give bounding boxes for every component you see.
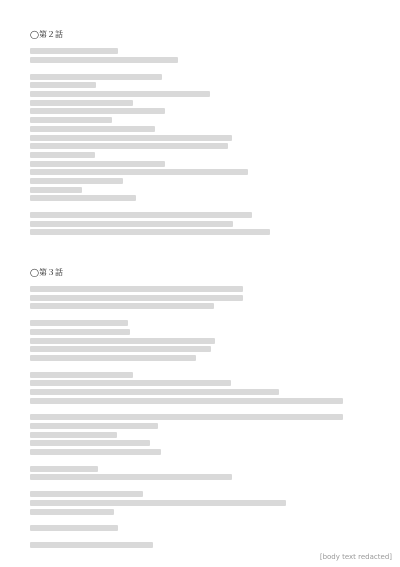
redacted-line — [30, 285, 380, 294]
redacted-line — [30, 211, 380, 220]
redacted-line — [30, 388, 380, 397]
redacted-line — [30, 336, 380, 345]
paragraph — [30, 319, 380, 362]
redacted-line — [30, 370, 380, 379]
redacted-line — [30, 302, 380, 311]
redacted-line — [30, 319, 380, 328]
redacted-line — [30, 354, 380, 363]
redacted-line — [30, 159, 380, 168]
redacted-line — [30, 430, 380, 439]
redacted-line — [30, 490, 380, 499]
section-body — [30, 285, 380, 550]
redacted-line — [30, 422, 380, 431]
redacted-line — [30, 499, 380, 508]
redacted-line — [30, 379, 380, 388]
paragraph — [30, 524, 380, 533]
redacted-line — [30, 219, 380, 228]
paragraph — [30, 47, 380, 64]
redacted-line — [30, 142, 380, 151]
redacted-line — [30, 107, 380, 116]
redacted-line — [30, 81, 380, 90]
section-3: ◯第３話 — [30, 268, 380, 550]
redacted-line — [30, 524, 380, 533]
redacted-line — [30, 168, 380, 177]
redacted-line — [30, 47, 380, 56]
paragraph — [30, 285, 380, 311]
redacted-line — [30, 345, 380, 354]
paragraph — [30, 413, 380, 456]
section-heading: ◯第２話 — [30, 30, 380, 39]
redacted-line — [30, 56, 380, 65]
redacted-line — [30, 448, 380, 457]
paragraph — [30, 464, 380, 481]
redacted-line — [30, 413, 380, 422]
document-page: ◯第２話 ◯第３話 — [30, 30, 380, 557]
section-body — [30, 47, 380, 237]
paragraph — [30, 211, 380, 237]
redacted-line — [30, 228, 380, 237]
redacted-line — [30, 116, 380, 125]
redacted-line — [30, 194, 380, 203]
paragraph — [30, 72, 380, 202]
redacted-line — [30, 90, 380, 99]
redacted-line — [30, 98, 380, 107]
redacted-line — [30, 541, 380, 550]
redacted-line — [30, 125, 380, 134]
redacted-line — [30, 328, 380, 337]
redacted-line — [30, 151, 380, 160]
redacted-line — [30, 464, 380, 473]
redacted-line — [30, 293, 380, 302]
redacted-line — [30, 177, 380, 186]
paragraph — [30, 370, 380, 405]
redacted-line — [30, 185, 380, 194]
redacted-line — [30, 133, 380, 142]
section-heading: ◯第３話 — [30, 268, 380, 277]
redacted-line — [30, 439, 380, 448]
paragraph — [30, 541, 380, 550]
redacted-line — [30, 507, 380, 516]
redacted-line — [30, 72, 380, 81]
redacted-line — [30, 396, 380, 405]
paragraph — [30, 490, 380, 516]
redacted-line — [30, 473, 380, 482]
redaction-note: [body text redacted] — [320, 553, 392, 561]
section-2: ◯第２話 — [30, 30, 380, 237]
